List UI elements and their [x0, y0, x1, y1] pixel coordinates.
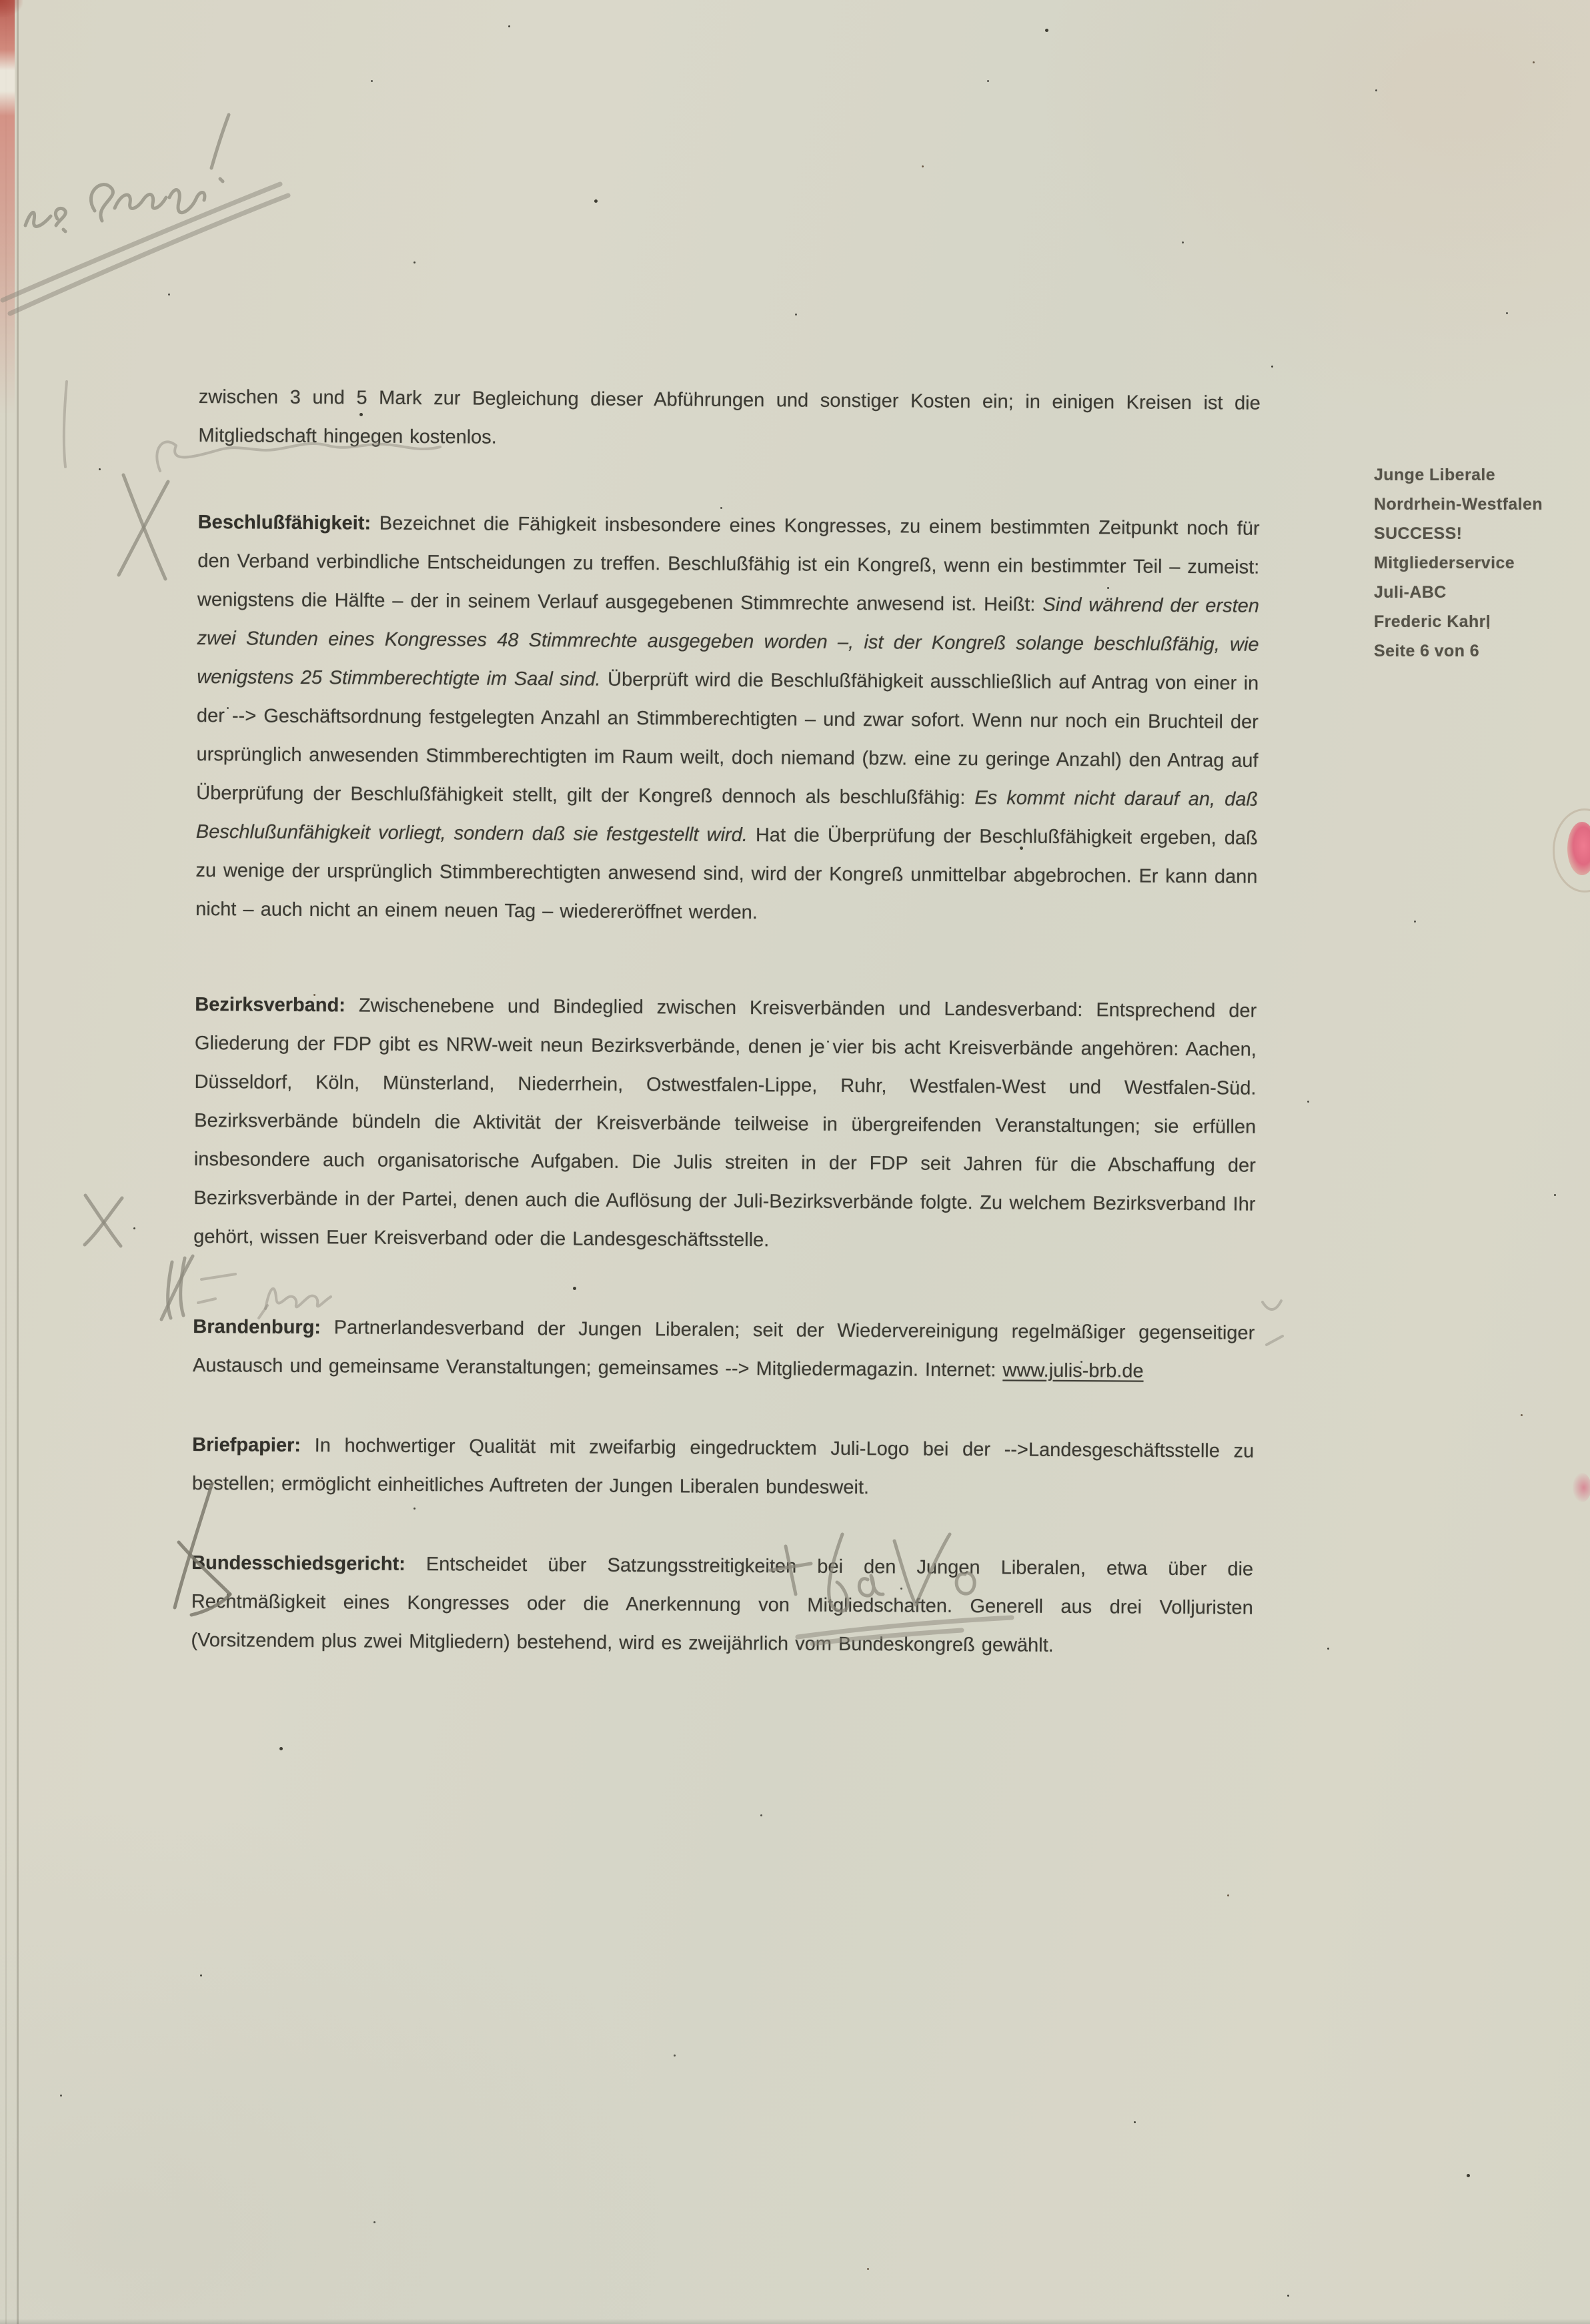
body-text-column: zwischen 3 und 5 Mark zur Begleichung di…: [191, 378, 1261, 1666]
glossary-term: Beschlußfähigkeit:: [198, 512, 371, 534]
glossary-term: Bundesschiedsgericht:: [191, 1552, 406, 1575]
glossary-entry: Bezirksverband: Zwischenebene und Bindeg…: [193, 985, 1257, 1263]
punch-hole-pink-mark: [1567, 822, 1590, 875]
handwritten-note-satzung: [3, 115, 288, 314]
org-name: Junge Liberale Nordrhein-Westfalen: [1374, 460, 1590, 519]
glossary-term: Brandenburg:: [193, 1316, 321, 1338]
x-mark-beschlussfaehigkeit: [119, 475, 168, 579]
sidebar: Junge Liberale Nordrhein-Westfalen SUCCE…: [1374, 460, 1590, 666]
left-page-edge-pink: [0, 0, 15, 414]
paper-crease: [5, 0, 7, 2324]
author-name: Frederic Kahrl: [1374, 607, 1590, 636]
glossary-text: www.julis-brb.de: [1002, 1359, 1143, 1381]
glossary-entry: Bundesschiedsgericht: Entscheidet über S…: [191, 1544, 1253, 1666]
org-name-line2: Nordrhein-Westfalen: [1374, 490, 1590, 519]
org-name-line1: Junge Liberale: [1374, 460, 1590, 490]
scanned-document-page: zwischen 3 und 5 Mark zur Begleichung di…: [0, 0, 1590, 2324]
document-title: Juli-ABC: [1374, 578, 1590, 607]
glossary-term: Briefpapier:: [192, 1434, 301, 1456]
page-number-label: Seite 6 von 6: [1374, 636, 1590, 666]
service-name: Mitgliederservice: [1374, 548, 1590, 578]
x-mark-bezirksverband: [85, 1195, 122, 1246]
glossary-entry: Beschlußfähigkeit: Bezeichnet die Fähigk…: [195, 503, 1260, 935]
glossary: Beschlußfähigkeit: Bezeichnet die Fähigk…: [191, 503, 1260, 1666]
scan-bottom-shade: [0, 2319, 1590, 2324]
corner-red-mark: [0, 0, 23, 17]
series-name: SUCCESS!: [1374, 519, 1590, 548]
glossary-text: Zwischenebene und Bindeglied zwischen Kr…: [193, 995, 1257, 1251]
glossary-entry: Briefpapier: In hochwertiger Qualität mi…: [192, 1425, 1255, 1510]
pink-smudge-mark: [1573, 1473, 1590, 1502]
paper-crease: [17, 0, 19, 2324]
glossary-text: In hochwertiger Qualität mit zweifarbig …: [192, 1435, 1255, 1498]
margin-ticks: [1263, 1301, 1283, 1345]
glossary-entry: Brandenburg: Partnerlandesverband der Ju…: [193, 1307, 1255, 1391]
series-block: SUCCESS! Mitgliederservice: [1374, 519, 1590, 578]
glossary-term: Bezirksverband:: [195, 994, 345, 1016]
intro-paragraph: zwischen 3 und 5 Mark zur Begleichung di…: [198, 378, 1261, 462]
